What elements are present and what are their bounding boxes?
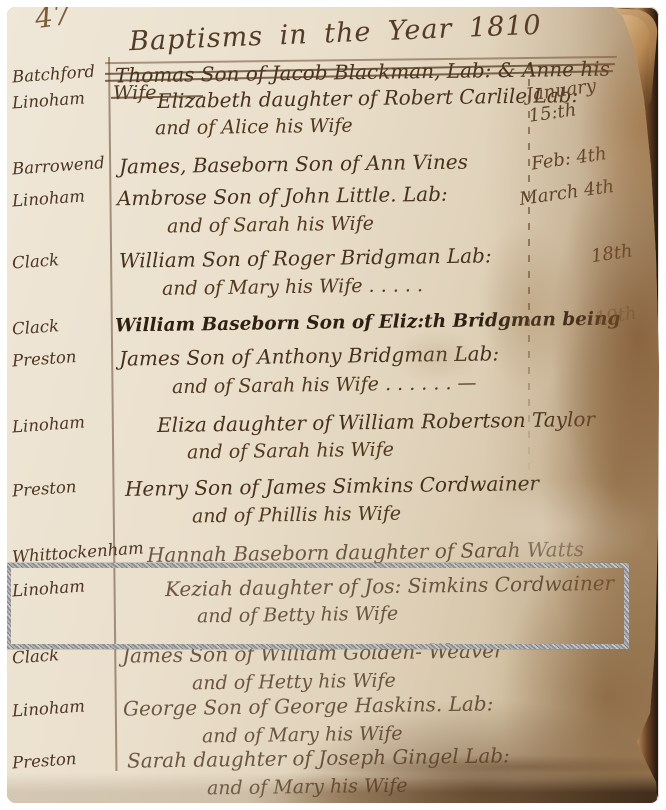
entry-line2: and of Sarah his Wife — [187, 439, 394, 464]
entry-line1: Henry Son of James Simkins Cordwainer — [125, 471, 539, 501]
parish-label: Batchford — [11, 61, 112, 87]
entry-line2: and of Sarah his Wife . . . . . . — — [172, 372, 477, 398]
parish-label: Linoham — [11, 695, 112, 721]
entry-line2: and of Mary his Wife — [202, 723, 403, 748]
register-page: 47 Baptisms in the Year 1810 Batchford T… — [7, 7, 659, 803]
parish-label: Preston — [11, 345, 112, 371]
screenshot-root: { "document": { "page_number": "47", "ti… — [0, 0, 666, 810]
parish-label: Linoham — [11, 411, 112, 437]
entry-line1: Sarah daughter of Joseph Gingel Lab: — [127, 743, 510, 772]
entries-list: Batchford Thomas Son of Jacob Blackman, … — [7, 7, 659, 803]
entry-date: 18th — [590, 239, 652, 268]
parish-label: Preston — [11, 747, 112, 773]
parish-label: Barrowend — [11, 153, 112, 179]
highlight-box — [7, 563, 629, 649]
entry-line2: Wife — [113, 82, 157, 105]
entry-line1: James Son of Anthony Bridgman Lab: — [119, 341, 499, 370]
parish-label: Preston — [11, 475, 112, 501]
entry-line2: and of Mary his Wife — [207, 775, 408, 800]
entry-line1: George Son of George Haskins. Lab: — [123, 691, 494, 720]
entry-line1: William Son of Roger Bridgman Lab: — [119, 243, 492, 272]
entry-line1: James, Baseborn Son of Ann Vines — [119, 150, 468, 179]
entry-date: March 4th — [518, 172, 650, 211]
parish-label: Linoham — [11, 185, 112, 211]
entry-line1: William Baseborn Son of Eliz:th Bridgman… — [115, 308, 621, 336]
entry-line2: and of Phillis his Wife — [192, 503, 401, 528]
entry-line1: Ambrose Son of John Little. Lab: — [117, 182, 448, 211]
parish-label: Linoham — [11, 87, 112, 113]
entry-line2: and of Hetty his Wife — [192, 670, 396, 695]
entry-line2: and of Sarah his Wife — [167, 213, 374, 238]
entry-line1: Elizabeth daughter of Robert Carlile Lab… — [157, 83, 579, 113]
entry-date: 19th — [594, 303, 646, 330]
entry-date: Feb: 4th — [530, 139, 642, 175]
entry-line2: and of Alice his Wife — [155, 115, 353, 140]
entry-line1: Eliza daughter of William Robertson Tayl… — [157, 407, 595, 437]
parish-label: Clack — [11, 247, 112, 273]
entry-line2: and of Mary his Wife . . . . . — [162, 274, 423, 300]
parish-label: Clack — [11, 313, 112, 339]
register-photo: 47 Baptisms in the Year 1810 Batchford T… — [7, 7, 659, 803]
